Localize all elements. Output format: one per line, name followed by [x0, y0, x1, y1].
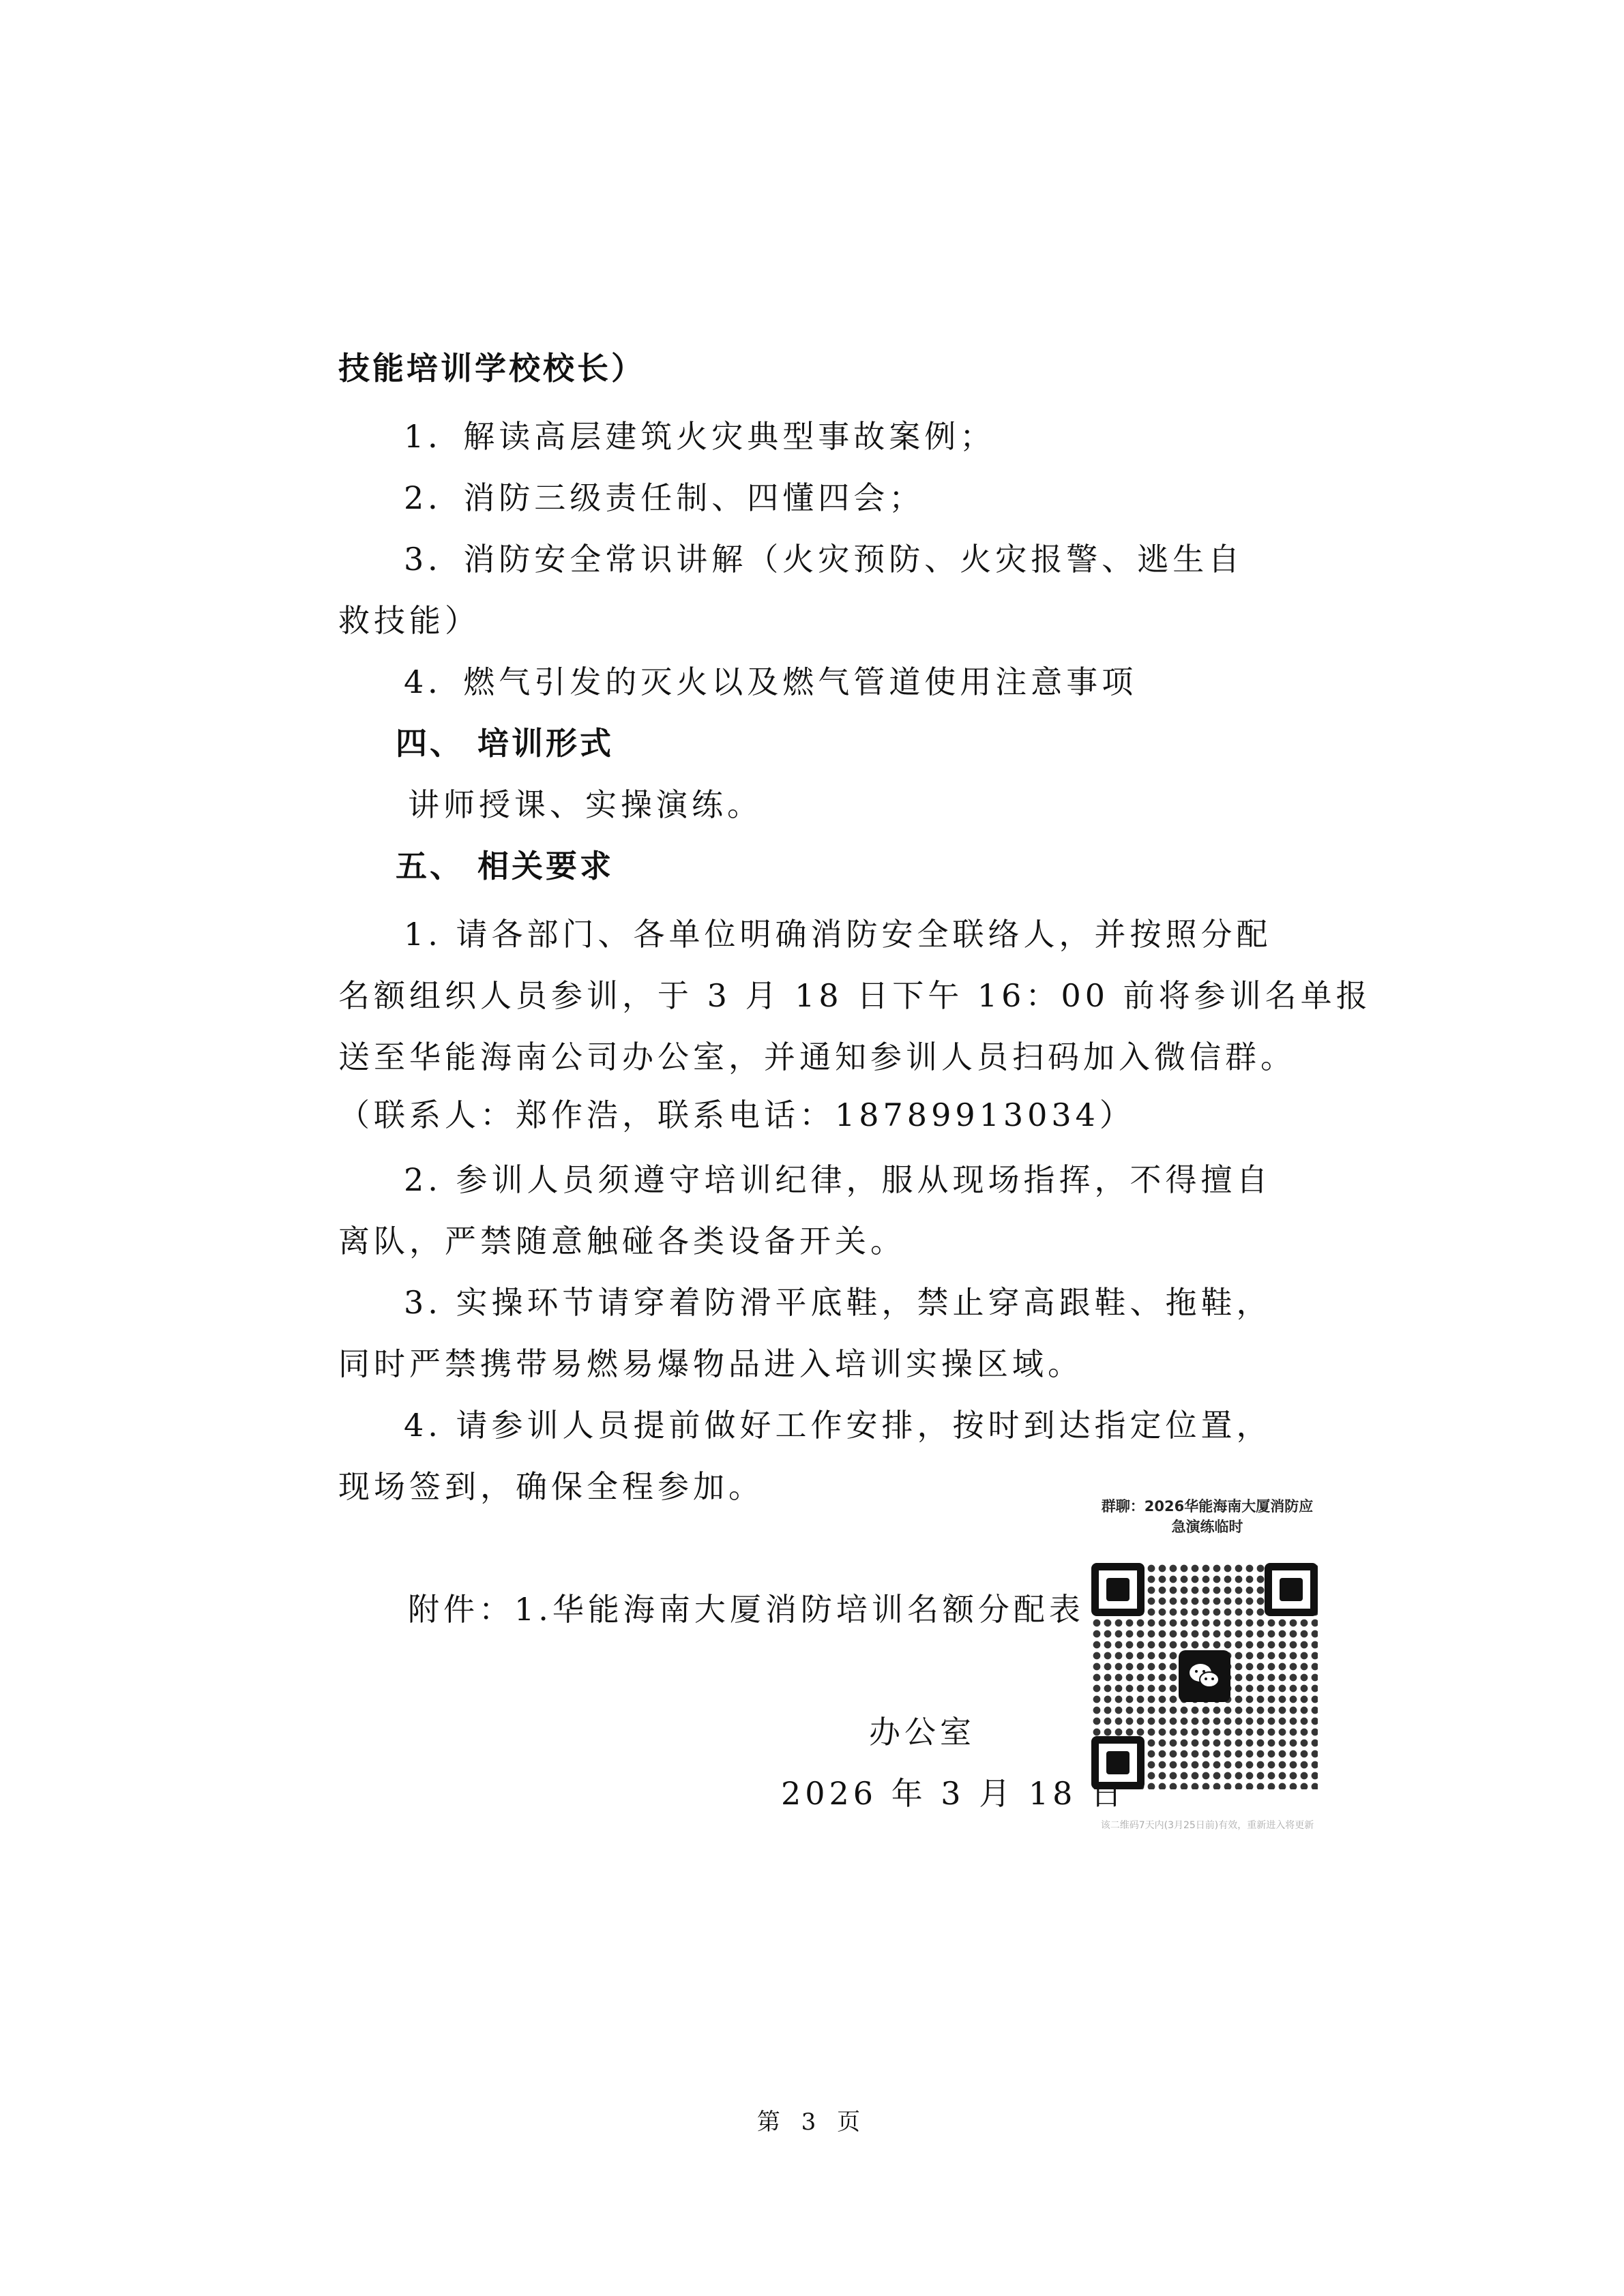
list-item: 1．解读高层建筑火灾典型事故案例；	[404, 416, 995, 457]
qr-finder-icon	[1091, 1563, 1145, 1616]
page-number: 第 3 页	[0, 2103, 1624, 2136]
list-item: 3．消防安全常识讲解（火灾预防、火灾报警、逃生自	[404, 539, 1243, 580]
signature: 办公室	[869, 1712, 975, 1753]
section-heading: 五、 相关要求	[396, 846, 614, 886]
text-line: 现场签到，确保全程参加。	[338, 1466, 764, 1507]
text-line: 技能培训学校校长）	[338, 348, 645, 389]
list-item: 3. 实操环节请穿着防滑平底鞋，禁止穿高跟鞋、拖鞋，	[404, 1282, 1272, 1323]
list-item: 2．消防三级责任制、四懂四会；	[404, 477, 924, 518]
qr-finder-icon	[1265, 1563, 1318, 1616]
text-line: 救技能）	[338, 600, 480, 641]
qr-title-line2: 急演练临时	[1064, 1517, 1350, 1537]
list-item: 2. 参训人员须遵守培训纪律，服从现场指挥，不得擅自	[404, 1159, 1272, 1200]
text-line: 讲师授课、实操演练。	[408, 784, 763, 825]
text-line: 同时严禁携带易燃易爆物品进入培训实操区域。	[338, 1343, 1083, 1384]
list-item: 1. 请各部门、各单位明确消防安全联络人，并按照分配	[404, 914, 1272, 955]
attachment-line: 附件：1.华能海南大厦消防培训名额分配表	[408, 1589, 1084, 1630]
qr-validity-note: 该二维码7天内(3月25日前)有效，重新进入将更新	[1064, 1818, 1350, 1832]
qr-title: 群聊：2026华能海南大厦消防应 急演练临时	[1064, 1496, 1350, 1537]
list-item: 4．燃气引发的灭火以及燃气管道使用注意事项	[404, 661, 1137, 702]
wechat-group-qr[interactable]: 群聊：2026华能海南大厦消防应 急演练临时 该二维码7天内(3月25日前)有效…	[1064, 1487, 1350, 1841]
qr-title-line1: 群聊：2026华能海南大厦消防应	[1064, 1496, 1350, 1517]
list-item: 4. 请参训人员提前做好工作安排，按时到达指定位置，	[404, 1405, 1272, 1446]
contact-line: （联系人：郑作浩，联系电话：18789913034）	[338, 1094, 1135, 1135]
qr-finder-icon	[1091, 1736, 1145, 1789]
section-heading: 四、 培训形式	[396, 723, 614, 764]
text-line: 名额组织人员参训，于 3 月 18 日下午 16：00 前将参训名单报	[338, 975, 1372, 1016]
text-line: 送至华能海南公司办公室，并通知参训人员扫码加入微信群。	[338, 1037, 1296, 1077]
document-page: 技能培训学校校长） 1．解读高层建筑火灾典型事故案例； 2．消防三级责任制、四懂…	[0, 0, 1624, 2296]
text-line: 离队，严禁随意触碰各类设备开关。	[338, 1221, 906, 1262]
wechat-logo-icon	[1179, 1650, 1230, 1702]
qr-code[interactable]	[1091, 1563, 1318, 1789]
